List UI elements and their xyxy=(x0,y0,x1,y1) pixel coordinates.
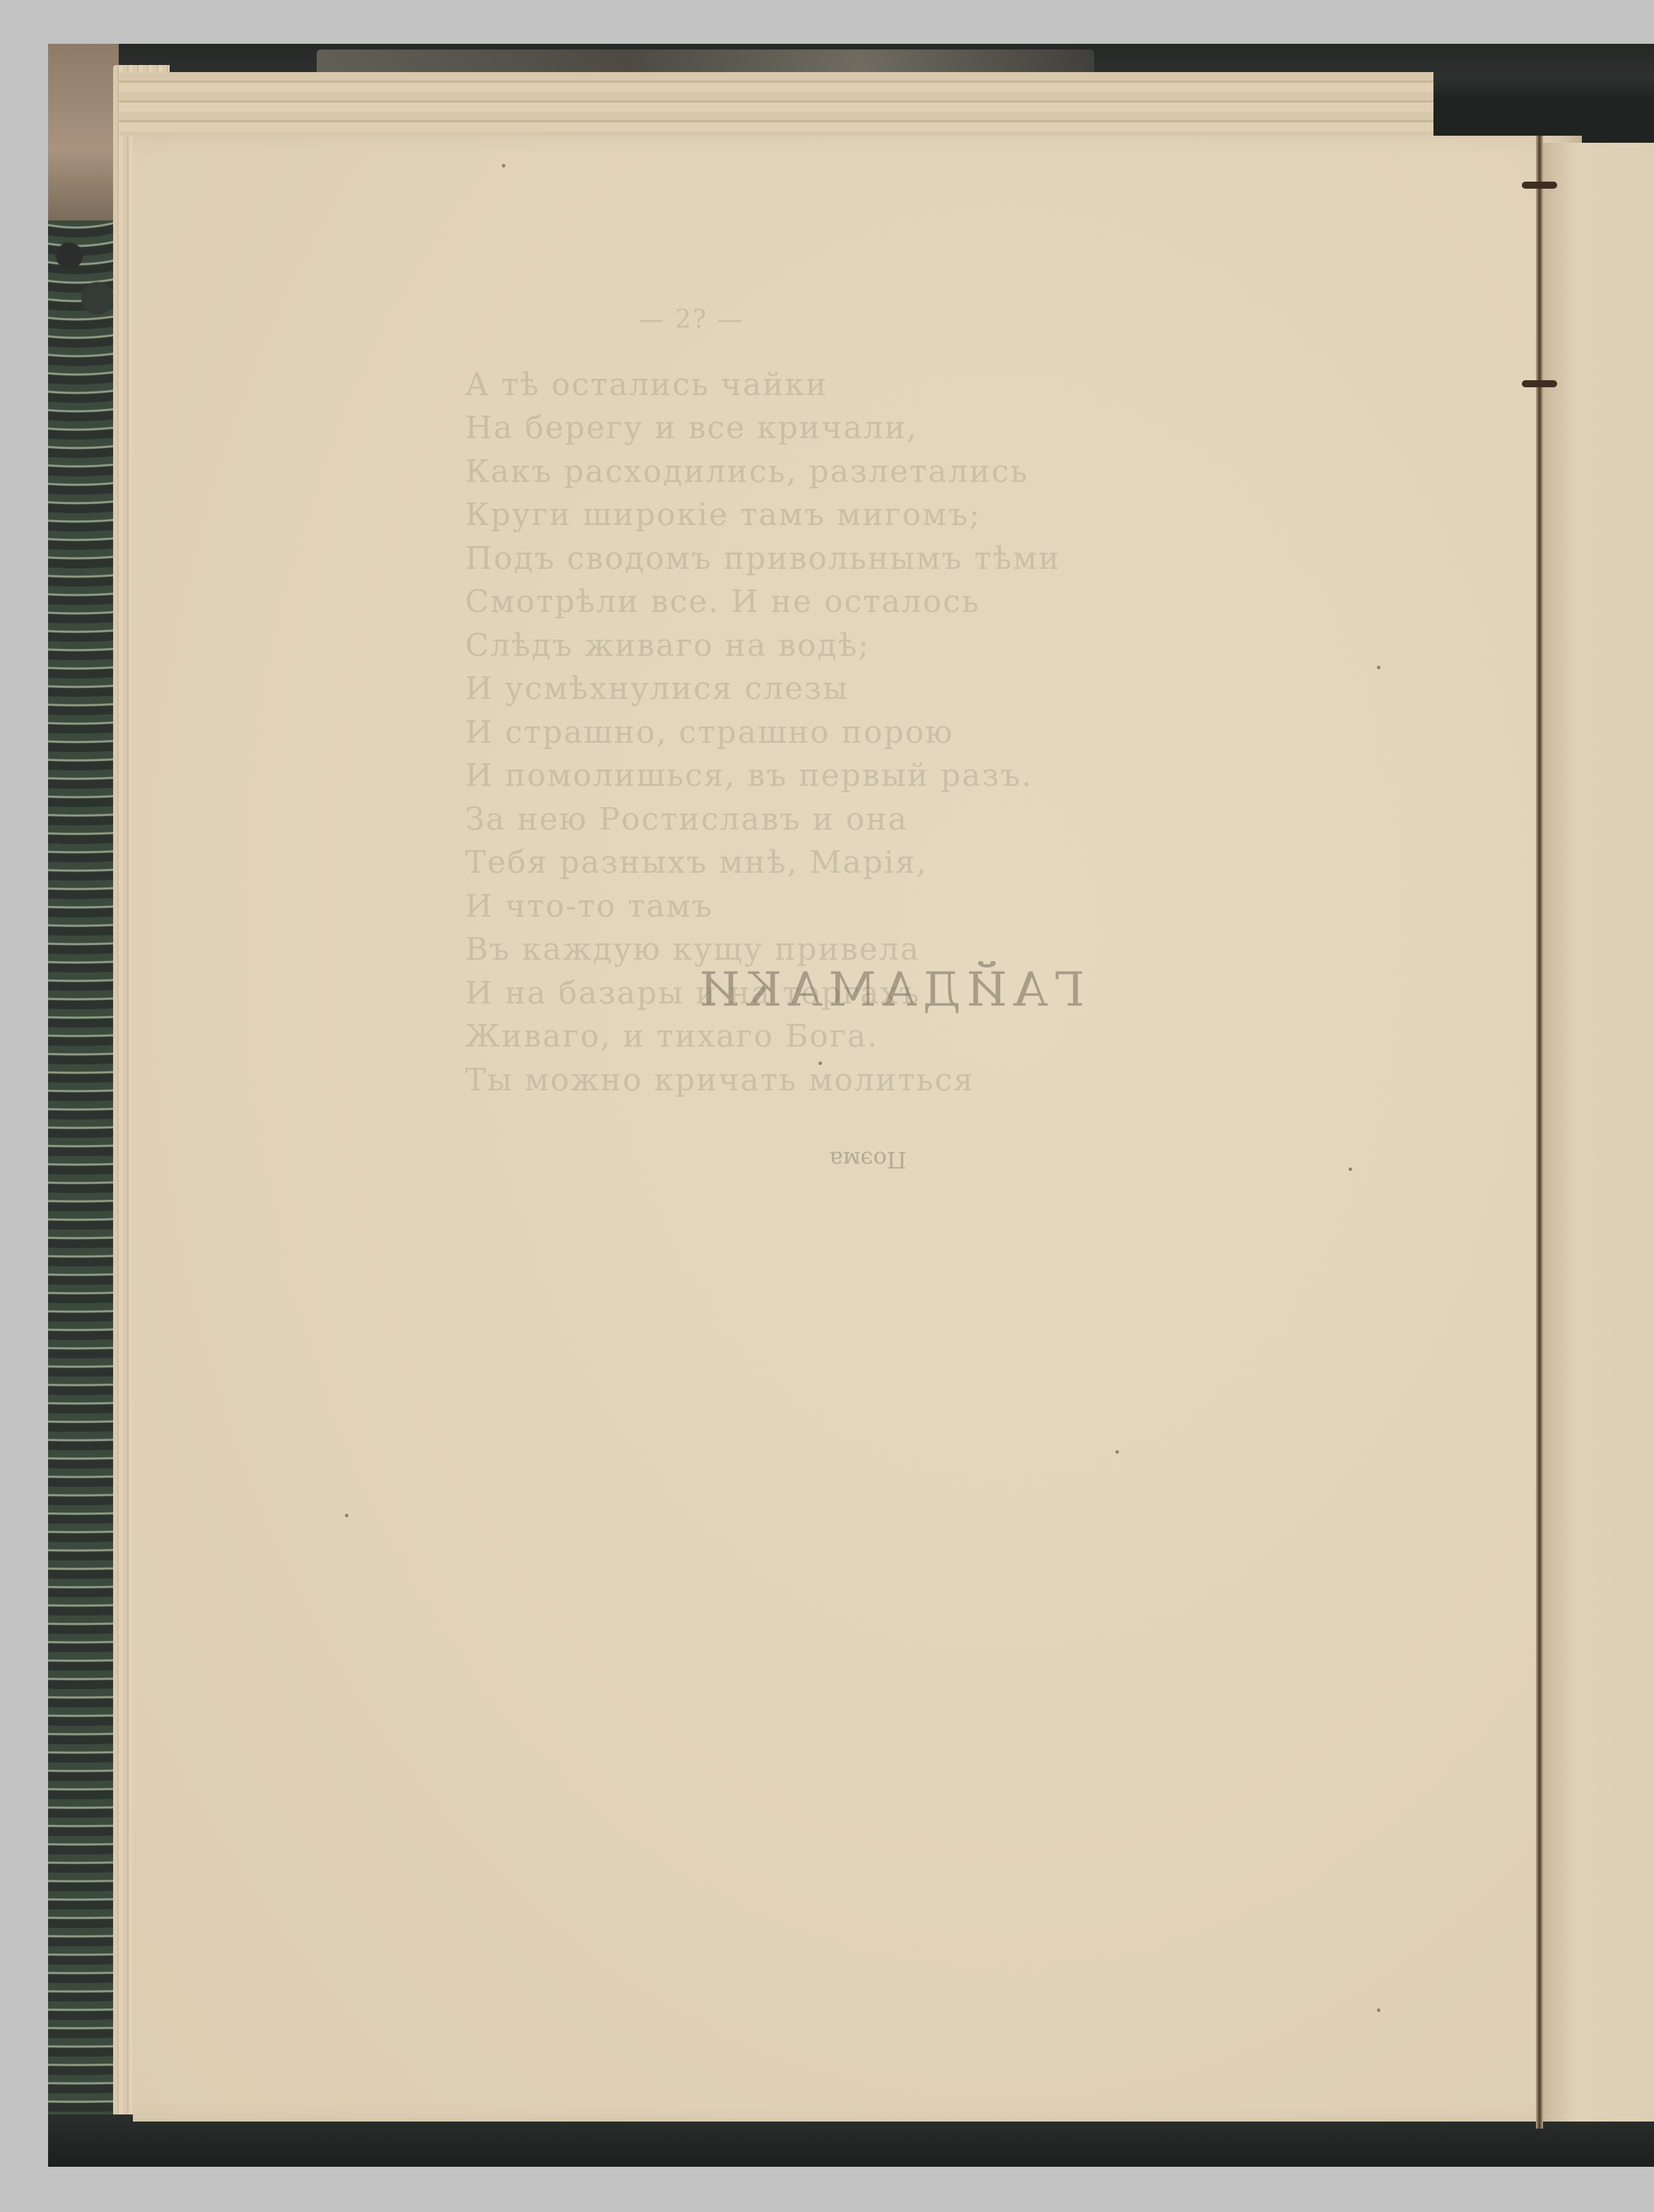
text-line: Живаго, и тихаго Бога. xyxy=(465,1015,1313,1059)
paper-speck xyxy=(502,164,505,167)
text-line: За нею Ростиславъ и она xyxy=(465,798,1313,842)
page-number: — 2? — xyxy=(465,298,917,342)
text-line: Смотрѣли все. И не осталось xyxy=(465,580,1313,624)
paper-speck xyxy=(345,1514,348,1517)
text-line: Круги широкіе тамъ мигомъ; xyxy=(465,493,1313,537)
binding-thread-stitch xyxy=(1522,182,1557,189)
paper-speck xyxy=(1377,2008,1380,2012)
text-line: Ты можно кричать молиться xyxy=(465,1059,1313,1102)
paper-speck xyxy=(1349,1167,1352,1171)
text-line: Тебя разныхъ мнѣ, Марія, xyxy=(465,841,1313,885)
paper-speck xyxy=(1377,666,1380,669)
text-line: На берегу и все кричали, xyxy=(465,406,1313,450)
marbled-cover xyxy=(48,44,119,2167)
binding-bottom-strip xyxy=(48,2114,1654,2167)
paper-speck xyxy=(819,1061,822,1065)
text-line: И помолишься, въ первый разъ. xyxy=(465,754,1313,798)
text-line: Слѣдъ живаго на водѣ; xyxy=(465,624,1313,668)
text-line: И страшно, страшно порою xyxy=(465,711,1313,755)
cover-corner-leather xyxy=(48,44,119,220)
gutter-fold xyxy=(1536,136,1543,2129)
text-line: Какъ расходились, разлетались xyxy=(465,450,1313,494)
text-line: И что-то тамъ xyxy=(465,885,1313,929)
page-top-edges xyxy=(119,72,1433,136)
binding-thread-stitch xyxy=(1522,380,1557,387)
text-line: А тѣ остались чайки xyxy=(465,363,1313,407)
paper-speck xyxy=(1115,1450,1119,1454)
facing-page-edge xyxy=(1543,143,1654,2122)
mirrored-title: ГАЙДАМАКИ xyxy=(536,963,1243,1017)
mirrored-subtitle: Поэма xyxy=(797,1146,939,1173)
scanned-book-spread: — 2? — А тѣ остались чайки На берегу и в… xyxy=(48,44,1654,2167)
text-line: И усмѣхнулися слезы xyxy=(465,667,1313,711)
text-line: Подъ сводомъ привольнымъ тѣми xyxy=(465,537,1313,581)
